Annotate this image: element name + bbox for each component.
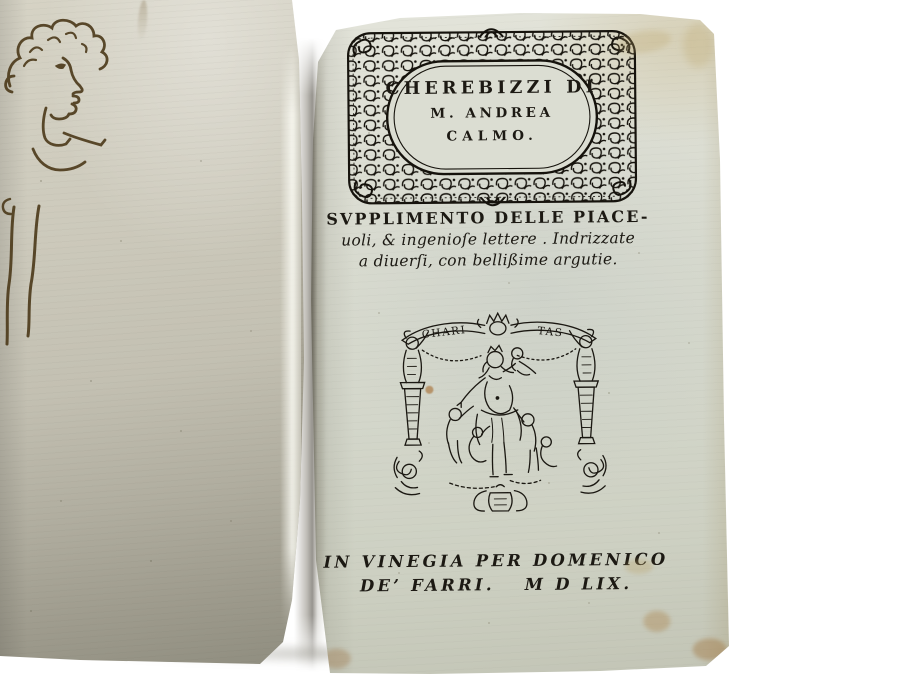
title-page: CHEREBIZZI DI M. ANDREA CALMO. SVPPLIMEN…: [308, 12, 732, 675]
title-text: CHEREBIZZI DI M. ANDREA CALMO.: [341, 26, 643, 209]
paper-specks: [308, 12, 310, 14]
ornamental-cartouche: CHEREBIZZI DI M. ANDREA CALMO.: [341, 26, 643, 209]
foxing-stain: [643, 611, 670, 632]
subtitle-line-3: a diuerſi, con bellißime argutie.: [315, 249, 661, 273]
book-gutter: [294, 38, 326, 672]
imprint-date: M D LIX.: [525, 574, 633, 594]
imprint-publisher: DE’ FARRI.: [360, 575, 495, 595]
subtitle-line-1: SVPPLIMENTO DELLE PIACE-: [315, 206, 661, 231]
ink-profile-sketch: [0, 0, 306, 670]
title-line-3: CALMO.: [446, 128, 537, 145]
title-line-1: CHEREBIZZI DI: [385, 77, 598, 99]
device-banner-text-right: TAS: [537, 325, 564, 339]
photo-backdrop: CHEREBIZZI DI M. ANDREA CALMO. SVPPLIMEN…: [0, 0, 900, 675]
foxing-stain: [683, 22, 713, 68]
imprint-line-2: DE’ FARRI.M D LIX.: [322, 573, 670, 598]
subtitle-line-2: uoli, & ingenioſe lettere . Indrizzate: [315, 228, 661, 252]
subtitle-block: SVPPLIMENTO DELLE PIACE- uoli, & ingenio…: [315, 206, 662, 273]
printers-device-charitas: CHARI TAS: [388, 307, 612, 543]
imprint-block: IN VINEGIA PER DOMENICO DE’ FARRI.M D LI…: [322, 549, 670, 598]
foxing-stain: [425, 386, 433, 394]
left-page: [0, 0, 306, 670]
title-page-content: CHEREBIZZI DI M. ANDREA CALMO. SVPPLIMEN…: [305, 10, 735, 675]
title-line-2: M. ANDREA: [430, 105, 553, 122]
imprint-line-1: IN VINEGIA PER DOMENICO: [322, 549, 670, 574]
device-banner-text-left: CHARI: [421, 324, 467, 341]
sketch-strokes: [3, 20, 107, 344]
